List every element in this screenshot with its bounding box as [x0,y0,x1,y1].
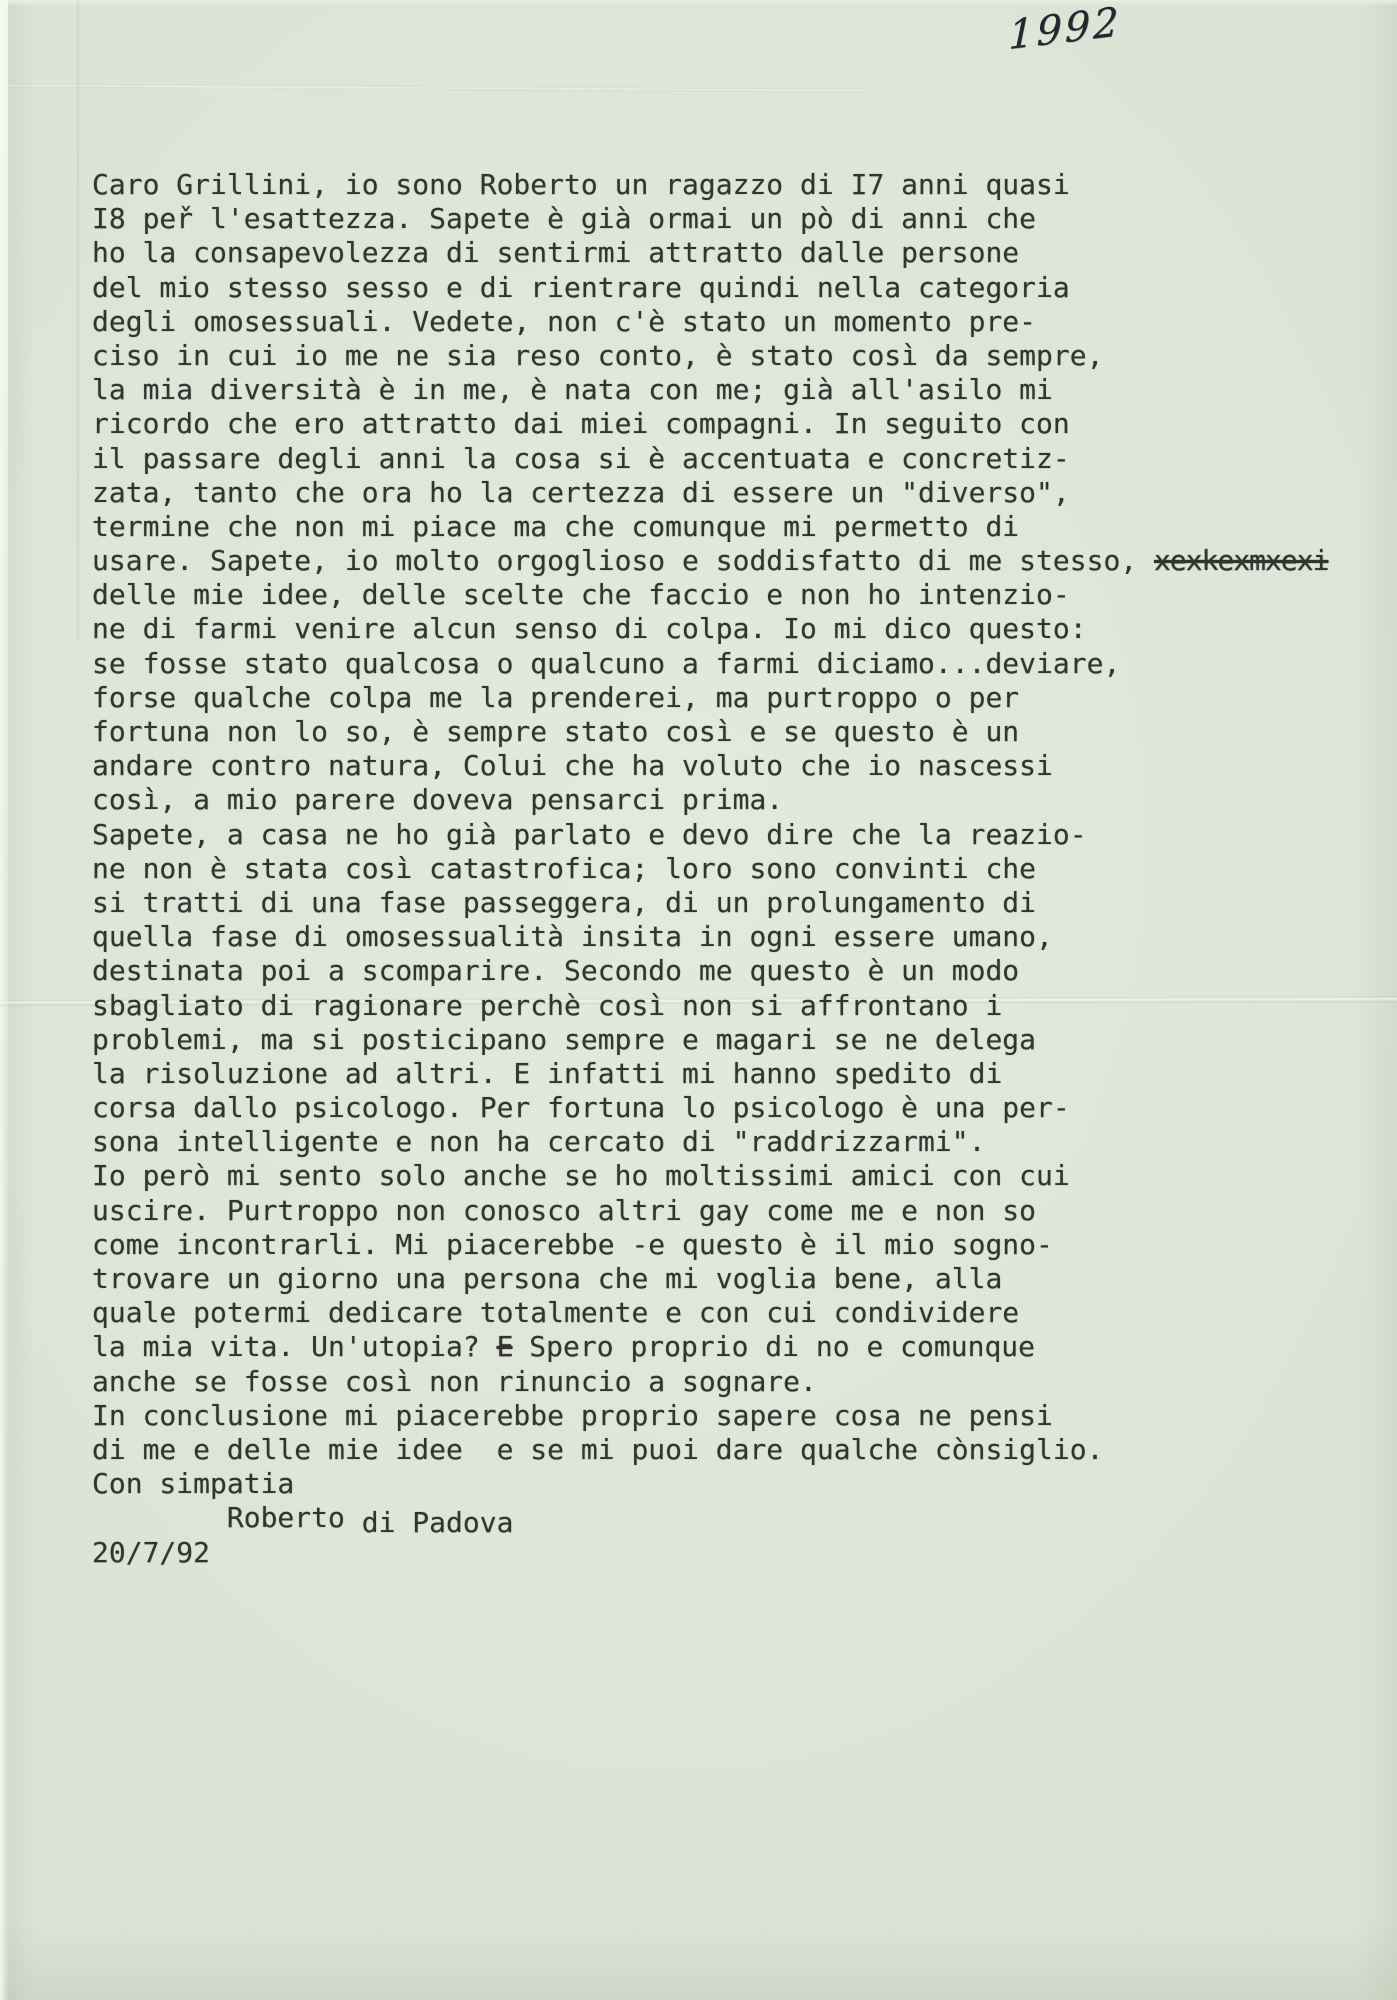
letter-page: 1992 Caro Grillini, io sono Roberto un r… [0,0,1397,2000]
letter-line: ne di farmi venire alcun senso di colpa.… [92,612,1397,646]
letter-line: andare contro natura, Colui che ha volut… [92,749,1397,783]
struck-out-text: xexkexmxexi [1154,544,1328,577]
letter-text-segment: ne di farmi venire alcun senso di colpa.… [92,612,1087,645]
letter-line: ne non è stata così catastrofica; loro s… [92,852,1397,886]
letter-line: del mio stesso sesso e di rientrare quin… [92,271,1397,305]
letter-line: ricordo che ero attratto dai miei compag… [92,407,1397,441]
letter-text-segment: delle mie idee, delle scelte che faccio … [92,578,1070,611]
letter-text-segment: la mia vita. Un'utopia? [92,1330,497,1363]
letter-line: fortuna non lo so, è sempre stato così e… [92,715,1397,749]
letter-line: la mia diversità è in me, è nata con me;… [92,373,1397,407]
letter-text-segment: di Padova [345,1506,514,1540]
letter-text-segment: trovare un giorno una persona che mi vog… [92,1262,1002,1295]
letter-text-segment: ciso in cui io me ne sia reso conto, è s… [92,339,1103,372]
letter-line: termine che non mi piace ma che comunque… [92,510,1397,544]
letter-line: delle mie idee, delle scelte che faccio … [92,578,1397,612]
letter-text-segment: destinata poi a scomparire. Secondo me q… [92,954,1019,987]
letter-text-segment: degli omosessuali. Vedete, non c'è stato… [92,305,1036,338]
letter-line: così, a mio parere doveva pensarci prima… [92,783,1397,817]
letter-text-segment: Io però mi sento solo anche se ho moltis… [92,1159,1070,1192]
letter-text-segment: si tratti di una fase passeggera, di un … [92,886,1036,919]
letter-text-segment: se fosse stato qualcosa o qualcuno a far… [92,647,1120,680]
letter-line: destinata poi a scomparire. Secondo me q… [92,954,1397,988]
letter-text-segment: la mia diversità è in me, è nata con me;… [92,373,1053,406]
letter-text-segment: usare. Sapete, io molto orgoglioso e sod… [92,544,1154,577]
letter-line: problemi, ma si posticipano sempre e mag… [92,1023,1397,1057]
letter-text-segment: corsa dallo psicologo. Per fortuna lo ps… [92,1091,1070,1124]
letter-line: anche se fosse così non rinuncio a sogna… [92,1365,1397,1399]
letter-text-segment: Sapete, a casa ne ho già parlato e devo … [92,818,1087,851]
letter-line: uscire. Purtroppo non conosco altri gay … [92,1194,1397,1228]
letter-line: Caro Grillini, io sono Roberto un ragazz… [92,168,1397,202]
letter-line: trovare un giorno una persona che mi vog… [92,1262,1397,1296]
letter-line: come incontrarli. Mi piacerebbe -e quest… [92,1228,1397,1262]
letter-line: il passare degli anni la cosa si è accen… [92,442,1397,476]
letter-text-segment: termine che non mi piace ma che comunque… [92,510,1019,543]
letter-line: corsa dallo psicologo. Per fortuna lo ps… [92,1091,1397,1125]
letter-line: zata, tanto che ora ho la certezza di es… [92,476,1397,510]
letter-text-segment: quella fase di omosessualità insita in o… [92,920,1053,953]
letter-text-segment: la risoluzione ad altri. E infatti mi ha… [92,1057,1002,1090]
letter-line: forse qualche colpa me la prenderei, ma … [92,681,1397,715]
letter-line-closing: Con simpatia [92,1467,1397,1501]
letter-text-segment: sbagliato di ragionare perchè così non s… [92,989,1002,1022]
letter-line-date: 20/7/92 [92,1536,1397,1570]
letter-text-segment: fortuna non lo so, è sempre stato così e… [92,715,1019,748]
letter-line: quale potermi dedicare totalmente e con … [92,1296,1397,1330]
letter-text-segment: di me e delle mie idee e se mi puoi dare… [92,1433,1103,1466]
letter-text-segment: il passare degli anni la cosa si è accen… [92,442,1070,475]
letter-text-segment: Con simpatia [92,1467,294,1500]
letter-line: I8 peř l'esattezza. Sapete è già ormai u… [92,202,1397,236]
letter-body: Caro Grillini, io sono Roberto un ragazz… [92,168,1397,1570]
letter-line: In conclusione mi piacerebbe proprio sap… [92,1399,1397,1433]
letter-text-segment: andare contro natura, Colui che ha volut… [92,749,1053,782]
letter-line: Sapete, a casa ne ho già parlato e devo … [92,818,1397,852]
letter-text-segment: così, a mio parere doveva pensarci prima… [92,783,783,816]
letter-line: usare. Sapete, io molto orgoglioso e sod… [92,544,1397,578]
letter-text-segment: Spero proprio di no e comunque [512,1330,1035,1363]
letter-line-signature: Roberto di Padova [92,1501,1397,1535]
letter-line: se fosse stato qualcosa o qualcuno a far… [92,647,1397,681]
letter-text-segment: sona intelligente e non ha cercato di "r… [92,1125,985,1158]
letter-text-segment: zata, tanto che ora ho la certezza di es… [92,476,1070,509]
letter-text-segment: problemi, ma si posticipano sempre e mag… [92,1023,1036,1056]
letter-line: di me e delle mie idee e se mi puoi dare… [92,1433,1397,1467]
letter-line: sona intelligente e non ha cercato di "r… [92,1125,1397,1159]
letter-text-segment: anche se fosse così non rinuncio a sogna… [92,1365,817,1398]
fold-crease-top [0,83,866,92]
letter-text-segment: I8 peř l'esattezza. Sapete è già ormai u… [92,202,1036,235]
handwritten-year-annotation: 1992 [1008,0,1122,59]
letter-line: si tratti di una fase passeggera, di un … [92,886,1397,920]
letter-text-segment: come incontrarli. Mi piacerebbe -e quest… [92,1228,1053,1261]
letter-text-segment: 20/7/92 [92,1536,210,1569]
letter-text-segment: ho la consapevolezza di sentirmi attratt… [92,236,1019,269]
letter-line: ho la consapevolezza di sentirmi attratt… [92,236,1397,270]
letter-line: quella fase di omosessualità insita in o… [92,920,1397,954]
letter-line: Io però mi sento solo anche se ho moltis… [92,1159,1397,1193]
letter-text-segment: ne non è stata così catastrofica; loro s… [92,852,1036,885]
letter-line: ciso in cui io me ne sia reso conto, è s… [92,339,1397,373]
letter-text-segment: del mio stesso sesso e di rientrare quin… [92,271,1070,304]
letter-text-segment: ricordo che ero attratto dai miei compag… [92,407,1070,440]
letter-line: la mia vita. Un'utopia? E Spero proprio … [92,1330,1397,1364]
fold-crease-left [76,0,80,640]
letter-text-segment: Caro Grillini, io sono Roberto un ragazz… [92,168,1070,201]
letter-line: sbagliato di ragionare perchè così non s… [92,989,1397,1023]
letter-text-segment: uscire. Purtroppo non conosco altri gay … [92,1194,1036,1227]
letter-text-segment: Roberto [92,1501,345,1534]
paper-edge-highlight [0,0,8,1400]
letter-text-segment: In conclusione mi piacerebbe proprio sap… [92,1399,1053,1432]
letter-text-segment: forse qualche colpa me la prenderei, ma … [92,681,1019,714]
struck-out-text: E [497,1330,513,1363]
letter-text-segment: quale potermi dedicare totalmente e con … [92,1296,1019,1329]
letter-line: degli omosessuali. Vedete, non c'è stato… [92,305,1397,339]
letter-line: la risoluzione ad altri. E infatti mi ha… [92,1057,1397,1091]
